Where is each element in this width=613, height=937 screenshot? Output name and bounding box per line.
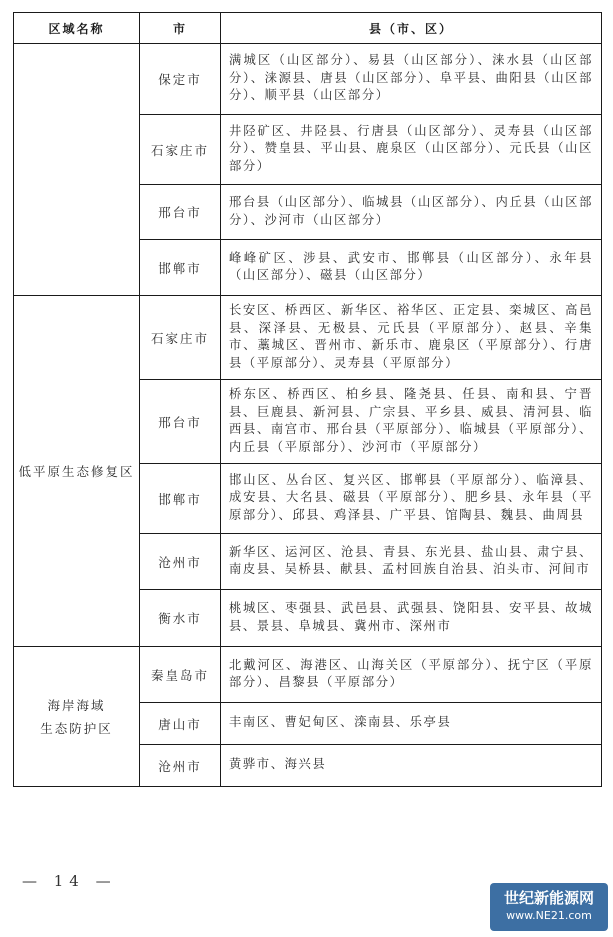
city-cell: 沧州市 [140, 534, 221, 590]
counties-cell: 北戴河区、海港区、山海关区（平原部分）、抚宁区（平原部分）、昌黎县（平原部分） [221, 647, 602, 703]
counties-cell: 邢台县（山区部分）、临城县（山区部分）、内丘县（山区部分）、沙河市（山区部分） [221, 185, 602, 240]
table-row: 保定市 满城区（山区部分）、易县（山区部分）、涞水县（山区部分）、涞源县、唐县（… [14, 44, 602, 115]
table-row: 低平原生态修复区 石家庄市 长安区、桥西区、新华区、裕华区、正定县、栾城区、高邑… [14, 296, 602, 380]
region-cell [14, 44, 140, 296]
watermark-logo: 世纪新能源网 www.NE21.com [490, 883, 608, 931]
city-cell: 保定市 [140, 44, 221, 115]
header-city: 市 [140, 13, 221, 44]
city-cell: 衡水市 [140, 590, 221, 647]
region-line: 生态防护区 [15, 717, 138, 740]
table-row: 海岸海域 生态防护区 秦皇岛市 北戴河区、海港区、山海关区（平原部分）、抚宁区（… [14, 647, 602, 703]
counties-cell: 黄骅市、海兴县 [221, 745, 602, 787]
counties-cell: 邯山区、丛台区、复兴区、邯郸县（平原部分）、临漳县、成安县、大名县、磁县（平原部… [221, 464, 602, 534]
page-number: — 14 — [22, 872, 117, 890]
city-cell: 秦皇岛市 [140, 647, 221, 703]
city-cell: 沧州市 [140, 745, 221, 787]
counties-cell: 长安区、桥西区、新华区、裕华区、正定县、栾城区、高邑县、深泽县、无极县、元氏县（… [221, 296, 602, 380]
region-line: 海岸海域 [15, 694, 138, 717]
counties-cell: 峰峰矿区、涉县、武安市、邯郸县（山区部分）、永年县（山区部分）、磁县（山区部分） [221, 240, 602, 296]
region-cell: 低平原生态修复区 [14, 296, 140, 647]
city-cell: 邯郸市 [140, 240, 221, 296]
region-table: 区域名称 市 县（市、区） 保定市 满城区（山区部分）、易县（山区部分）、涞水县… [13, 12, 602, 787]
city-cell: 邢台市 [140, 185, 221, 240]
watermark-title: 世纪新能源网 [490, 887, 608, 908]
counties-cell: 满城区（山区部分）、易县（山区部分）、涞水县（山区部分）、涞源县、唐县（山区部分… [221, 44, 602, 115]
city-cell: 石家庄市 [140, 296, 221, 380]
city-cell: 邯郸市 [140, 464, 221, 534]
counties-cell: 丰南区、曹妃甸区、滦南县、乐亭县 [221, 703, 602, 745]
city-cell: 邢台市 [140, 380, 221, 464]
header-counties: 县（市、区） [221, 13, 602, 44]
table-header-row: 区域名称 市 县（市、区） [14, 13, 602, 44]
counties-cell: 新华区、运河区、沧县、青县、东光县、盐山县、肃宁县、南皮县、吴桥县、献县、孟村回… [221, 534, 602, 590]
counties-cell: 桥东区、桥西区、柏乡县、隆尧县、任县、南和县、宁晋县、巨鹿县、新河县、广宗县、平… [221, 380, 602, 464]
counties-cell: 桃城区、枣强县、武邑县、武强县、饶阳县、安平县、故城县、景县、阜城县、冀州市、深… [221, 590, 602, 647]
city-cell: 石家庄市 [140, 115, 221, 185]
counties-cell: 井陉矿区、井陉县、行唐县（山区部分）、灵寿县（山区部分）、赞皇县、平山县、鹿泉区… [221, 115, 602, 185]
city-cell: 唐山市 [140, 703, 221, 745]
header-region: 区域名称 [14, 13, 140, 44]
region-cell: 海岸海域 生态防护区 [14, 647, 140, 787]
watermark-url: www.NE21.com [490, 909, 608, 922]
